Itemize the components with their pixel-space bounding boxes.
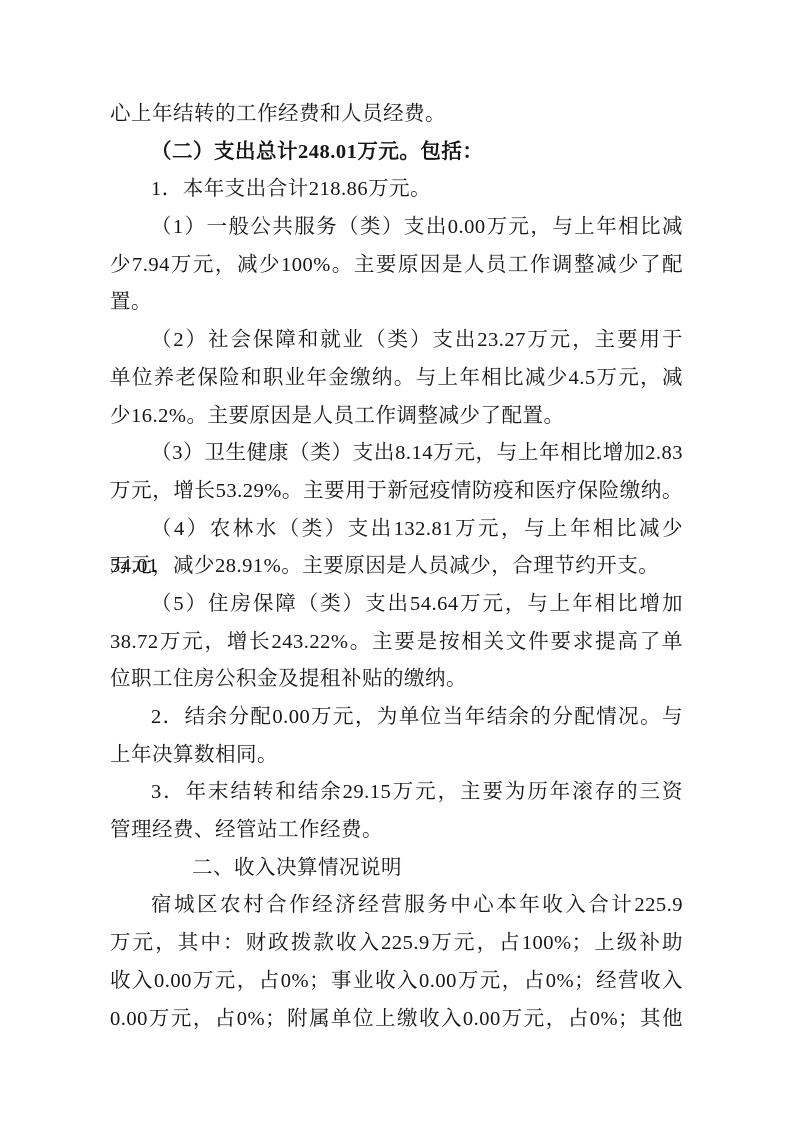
- text-line: 万元，其中：财政拨款收入225.9万元，占100%；上级补助: [110, 925, 683, 963]
- text-line: （3）卫生健康（类）支出8.14万元，与上年相比增加2.83: [110, 435, 683, 473]
- text-line: 少7.94万元，减少100%。主要原因是人员工作调整减少了配: [110, 247, 683, 285]
- section-heading-line: 二、收入决算情况说明: [110, 850, 683, 888]
- text-line: 宿城区农村合作经济经营服务中心本年收入合计225.9: [110, 887, 683, 925]
- text-line: （1）一般公共服务（类）支出0.00万元，与上年相比减: [110, 209, 683, 247]
- text-line: 少16.2%。主要原因是人员工作调整减少了配置。: [110, 398, 683, 436]
- text-line: 收入0.00万元，占0%；事业收入0.00万元，占0%；经营收入: [110, 963, 683, 1001]
- document-page: 心上年结转的工作经费和人员经费。（二）支出总计248.01万元。包括：1．本年支…: [0, 0, 793, 1122]
- text-line: （5）住房保障（类）支出54.64万元，与上年相比增加: [110, 586, 683, 624]
- text-line: 3．年末结转和结余29.15万元，主要为历年滚存的三资: [110, 774, 683, 812]
- text-line: 位职工住房公积金及提租补贴的缴纳。: [110, 661, 683, 699]
- text-line: 万元，减少28.91%。主要原因是人员减少，合理节约开支。: [110, 548, 683, 586]
- text-line: （4）农林水（类）支出132.81万元，与上年相比减少54.01: [110, 511, 683, 549]
- text-line: 置。: [110, 284, 683, 322]
- text-line: 万元，增长53.29%。主要用于新冠疫情防疫和医疗保险缴纳。: [110, 473, 683, 511]
- text-line: 心上年结转的工作经费和人员经费。: [110, 96, 683, 134]
- text-line: 0.00万元，占0%；附属单位上缴收入0.00万元，占0%；其他: [110, 1001, 683, 1039]
- text-line: 2．结余分配0.00万元，为单位当年结余的分配情况。与: [110, 699, 683, 737]
- text-line: 单位养老保险和职业年金缴纳。与上年相比减少4.5万元，减: [110, 360, 683, 398]
- text-line: 管理经费、经管站工作经费。: [110, 812, 683, 850]
- document-body: 心上年结转的工作经费和人员经费。（二）支出总计248.01万元。包括：1．本年支…: [110, 96, 683, 1038]
- text-line: 上年决算数相同。: [110, 737, 683, 775]
- text-line: 38.72万元，增长243.22%。主要是按相关文件要求提高了单: [110, 624, 683, 662]
- section-heading-line: （二）支出总计248.01万元。包括：: [110, 134, 683, 172]
- text-line: （2）社会保障和就业（类）支出23.27万元，主要用于: [110, 322, 683, 360]
- text-line: 1．本年支出合计218.86万元。: [110, 171, 683, 209]
